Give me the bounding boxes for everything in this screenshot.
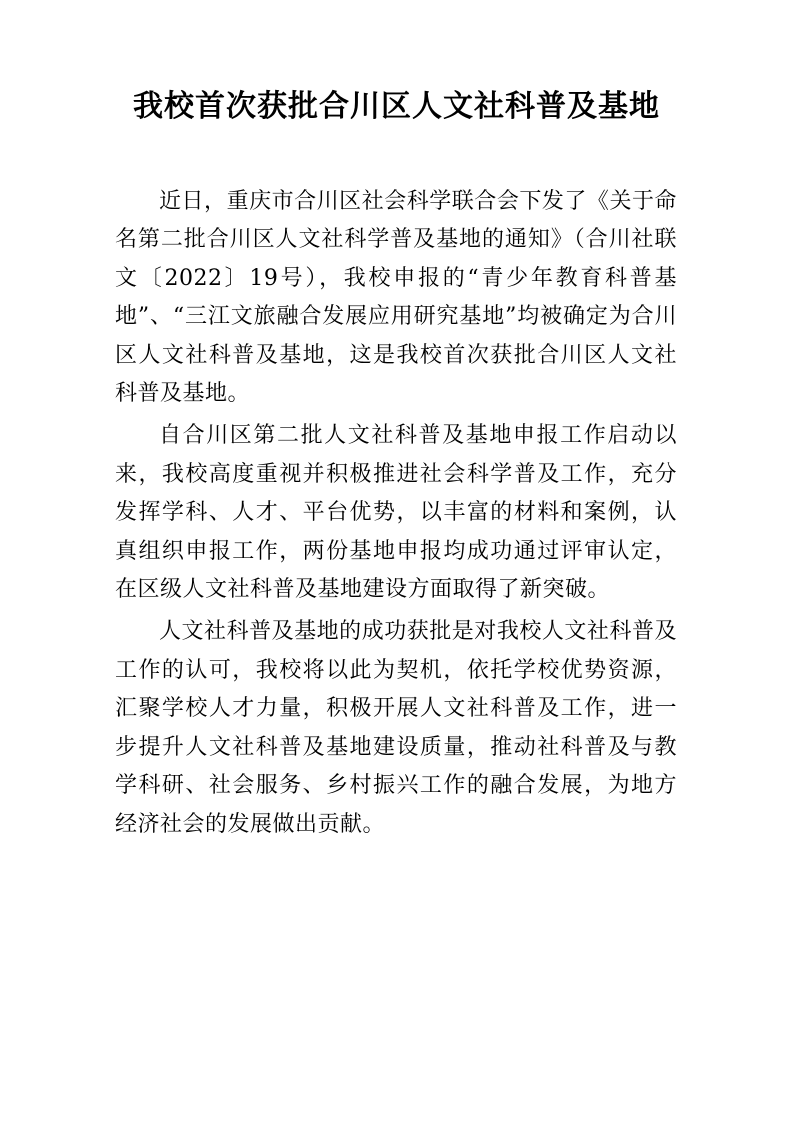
document-body: 近日，重庆市合川区社会科学联合会下发了《关于命名第二批合川区人文社科学普及基地的… [115, 183, 677, 844]
document-page: 我校首次获批合川区人文社科普及基地 近日，重庆市合川区社会科学联合会下发了《关于… [0, 0, 793, 1122]
paragraph-1: 近日，重庆市合川区社会科学联合会下发了《关于命名第二批合川区人文社科学普及基地的… [115, 183, 677, 413]
paragraph-2: 自合川区第二批人文社科普及基地申报工作启动以来，我校高度重视并积极推进社会科学普… [115, 417, 677, 609]
paragraph-3: 人文社科普及基地的成功获批是对我校人文社科普及工作的认可，我校将以此为契机，依托… [115, 613, 677, 843]
document-title: 我校首次获批合川区人文社科普及基地 [110, 85, 683, 129]
